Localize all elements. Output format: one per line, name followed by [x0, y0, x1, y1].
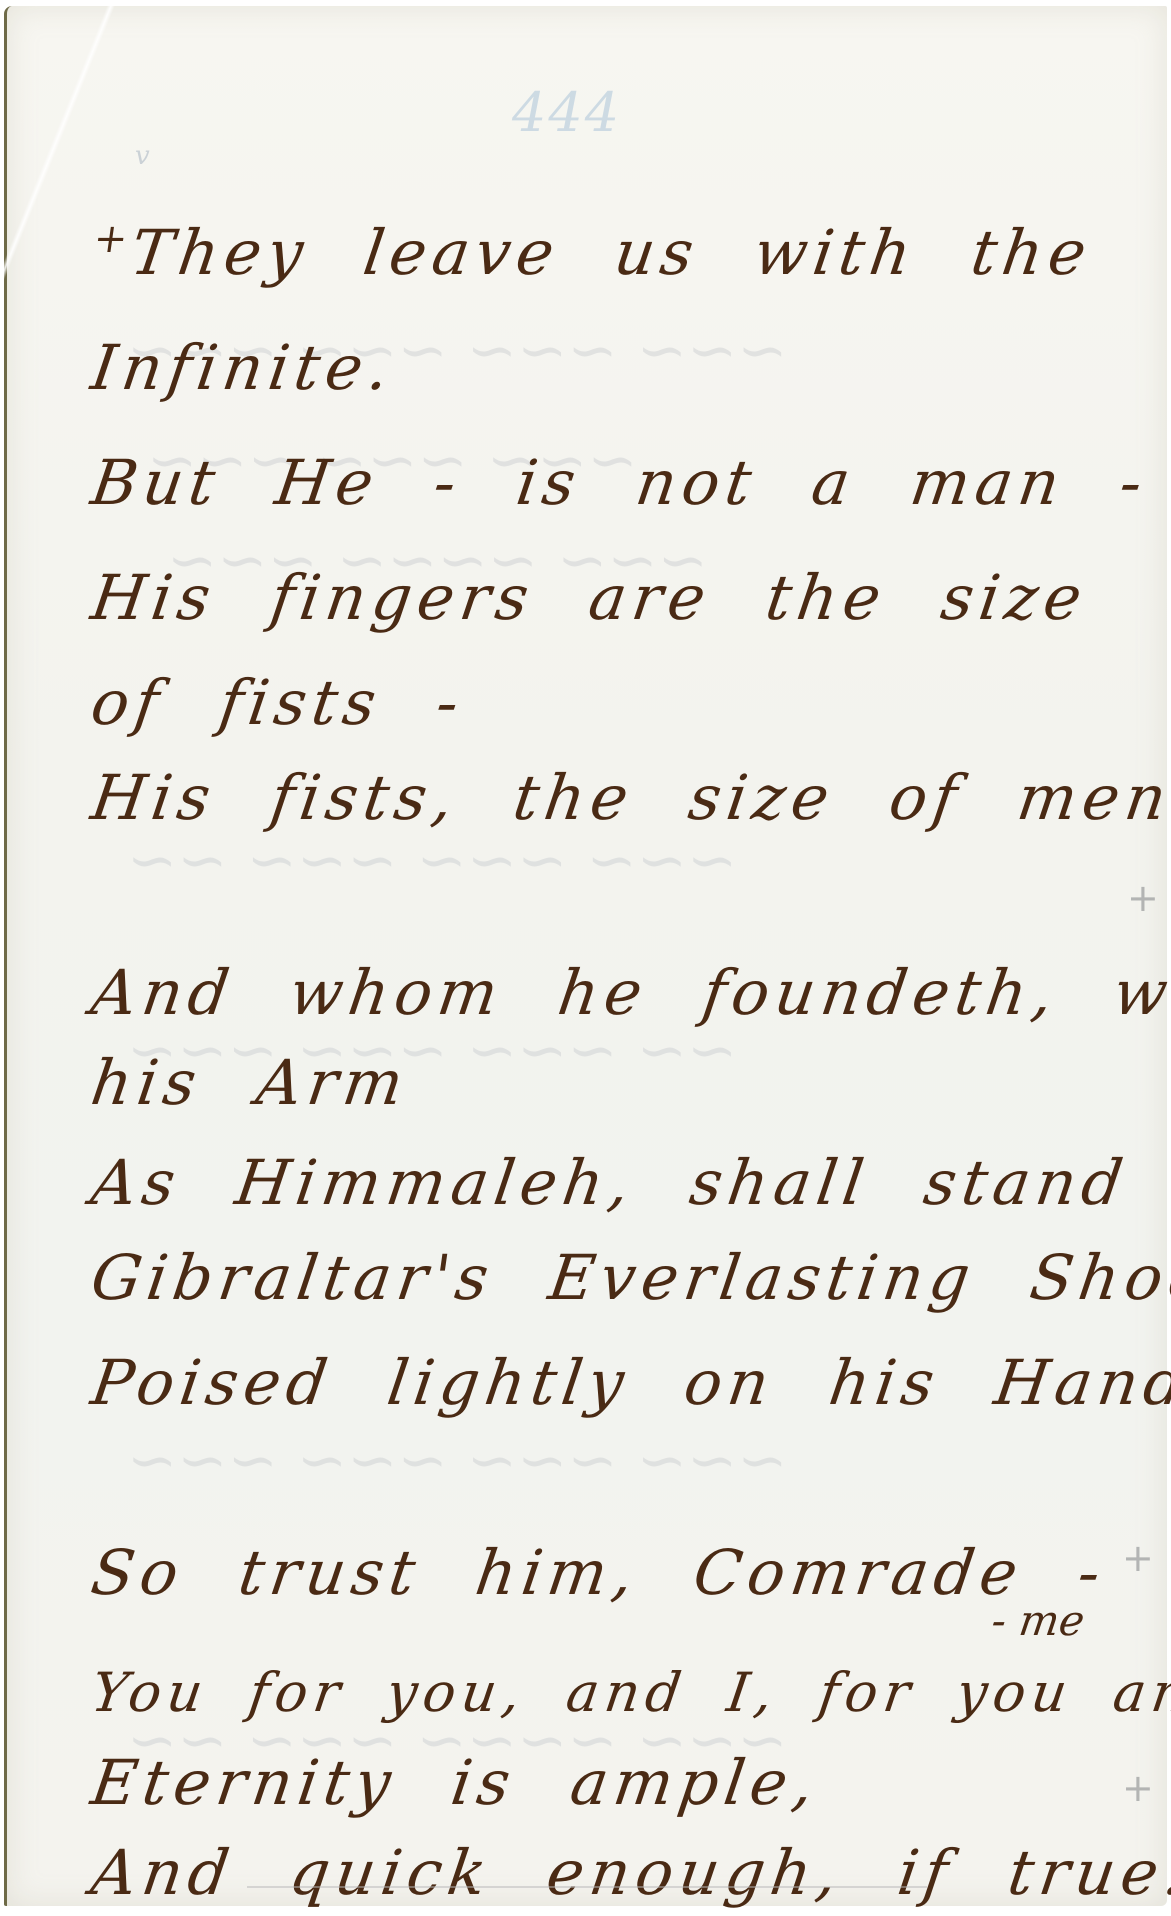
manuscript-line: And quick enough, if true. — [87, 1836, 1171, 1909]
manuscript-line: Infinite. — [87, 331, 400, 404]
margin-cross-marker: + — [1122, 1766, 1154, 1810]
faint-pencil-underline — [247, 1886, 927, 1888]
manuscript-line: +They leave us with the — [87, 216, 1097, 289]
inserted-word: - me — [989, 1596, 1088, 1645]
manuscript-line: Gibraltar's Everlasting Shoe — [87, 1241, 1171, 1314]
manuscript-line: As Himmaleh, shall stand - — [87, 1146, 1171, 1219]
manuscript-line: Poised lightly on his Hand, — [87, 1346, 1171, 1419]
archival-pencil-number: 444 — [512, 81, 621, 144]
margin-cross-marker: + — [1122, 1536, 1154, 1580]
manuscript-line: So trust him, Comrade - — [87, 1536, 1111, 1609]
manuscript-line: His fingers are the size — [87, 561, 1092, 634]
pencil-tick-mark: v — [135, 141, 150, 171]
manuscript-line: And whom he foundeth, with — [87, 956, 1171, 1029]
show-through-text: ~~~ ~~~ ~~~ ~~ — [127, 826, 737, 896]
manuscript-line: His fists, the size of men - — [87, 761, 1171, 834]
insertion-cross-mark: + — [91, 216, 137, 262]
manuscript-line: Eternity is ample, — [87, 1746, 824, 1819]
manuscript-line: But He - is not a man - — [87, 446, 1153, 519]
manuscript-line: of fists - — [87, 666, 469, 739]
show-through-text: ~~~ ~~~ ~~~ ~~~ — [127, 1426, 788, 1496]
manuscript-line: his Arm — [87, 1046, 414, 1119]
manuscript-page: 444 v ~~~ ~~~ ~~~ ~~~ ~~~ ~~~ ~~~ ~~~ ~~… — [4, 6, 1167, 1906]
margin-cross-marker: + — [1127, 876, 1159, 920]
manuscript-line: You for you, and I, for you and - — [88, 1661, 1171, 1724]
